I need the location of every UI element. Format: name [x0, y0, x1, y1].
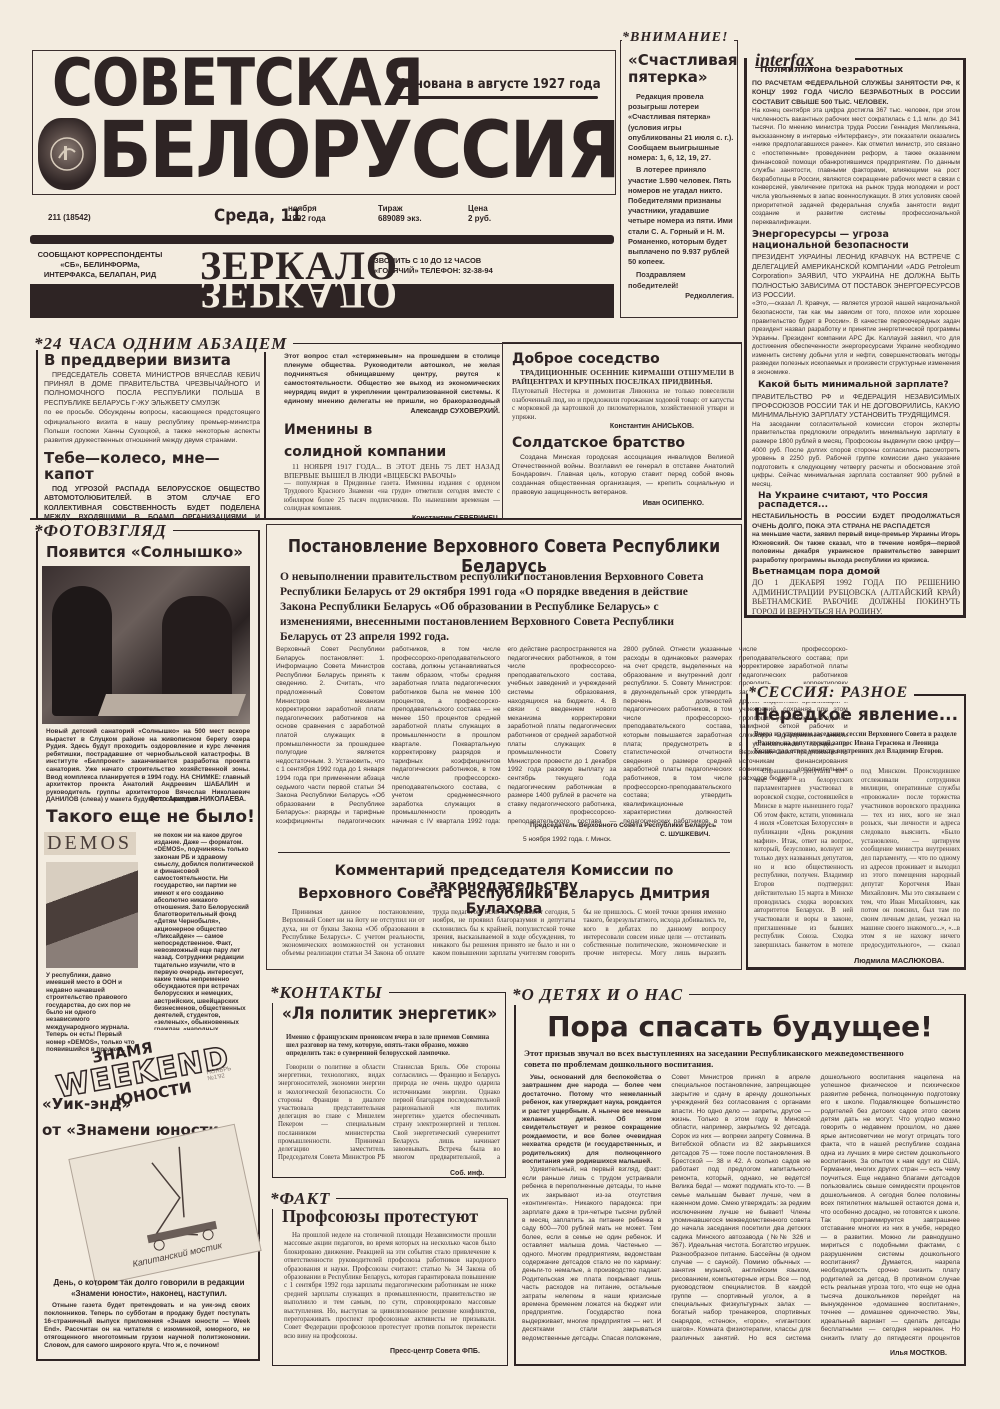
issue-number: 211 (18542)	[48, 213, 91, 222]
zerkalo-mirror-bar: ЗЕРКАЛО	[30, 284, 614, 318]
kommentariy-body: Принимая данное постановление, Верховный…	[282, 908, 726, 966]
photo-person-left	[52, 586, 112, 716]
founded-underline	[398, 96, 598, 99]
vnimanie-rubric: *ВНИМАНИЕ!	[622, 30, 734, 46]
issue-month: ноября	[288, 204, 317, 213]
interfax-article-4-body: на меньшие части, заявил первый вице-пре…	[752, 531, 960, 565]
postanovlenie-divider	[278, 852, 730, 853]
interfax-article-1-body: На конец сентября эта цифра достигла 367…	[752, 107, 960, 227]
article-imeniny-lead: 11 НОЯБРЯ 1917 ГОДА... В ЭТОТ ДЕНЬ 75 ЛЕ…	[284, 463, 500, 480]
zerkalo-title: ЗЕРКАЛО	[200, 246, 398, 286]
article-dobroe-body: Плутоватый Нестерка и домовитая Ливониха…	[512, 387, 734, 421]
founded-note: Основана в августе 1927 года	[398, 77, 601, 92]
photo-model	[98, 694, 246, 716]
deti-signature: Илья МОСТКОВ.	[890, 1350, 947, 1357]
interfax-article-3-lead: ПРАВИТЕЛЬСТВО РФ и ФЕДЕРАЦИЯ НЕЗАВИСИМЫХ…	[752, 393, 960, 421]
circulation-value: 689089 экз.	[378, 214, 422, 223]
zerkalo-sources: СООБЩАЮТ КОРРЕСПОНДЕНТЫ «СБ», БЕЛИНФОРМа…	[36, 250, 164, 280]
hours24-col1: В преддверии визита ПРЕДСЕДАТЕЛЬ СОВЕТА …	[44, 352, 260, 532]
sessiya-rubric: *СЕССИЯ: РАЗНОЕ	[748, 684, 914, 702]
hours24-left-border	[36, 350, 38, 520]
demos-left-text: У республики, давно имевшей место в ООН …	[46, 972, 138, 1053]
sessiya-lead: Вчера на утреннем заседании сессии Верхо…	[754, 731, 960, 757]
postanovlenie-signer-name: С. ШУШКЕВИЧ.	[660, 831, 710, 838]
article-dobroe-title: Доброе соседство	[512, 352, 734, 367]
article-soldat-body: Создана Минская городская ассоциация инв…	[512, 454, 734, 498]
interfax-article-2: Энергоресурсы — угроза национальной безо…	[752, 230, 960, 377]
sessiya-signature: Людмила МАСЛЮКОВА.	[854, 956, 944, 965]
postanovlenie-body: Верховный Совет Республики Беларусь пост…	[276, 646, 732, 830]
interfax-article-3-title: Какой быть минимальной зарплате?	[758, 381, 960, 391]
interfax-article-1: Полмиллиона безработных ПО РАСЧЕТАМ ФЕДЕ…	[752, 66, 960, 227]
price-label: Цена	[468, 204, 488, 213]
hours24-col2: Этот вопрос стал «стержневым» на прошедш…	[284, 352, 500, 518]
interfax-column: Полмиллиона безработных ПО РАСЧЕТАМ ФЕДЕ…	[752, 66, 960, 614]
interfax-article-5-title: Вьетнамцам пора домой	[752, 568, 960, 578]
hours24-col3: Доброе соседство ТРАДИЦИОННЫЕ ОСЕННИЕ КИ…	[512, 352, 734, 507]
postanovlenie-date: 5 ноября 1992 года. г. Минск.	[523, 836, 612, 843]
article-vizit-title: В преддверии визита	[44, 352, 260, 369]
interfax-article-4-title: На Украине считают, что Россия распадетс…	[758, 492, 960, 512]
article-koleso-title: Тебе—колесо, мне—капот	[44, 450, 260, 483]
kontakty-title: «Ля политик энергетик»	[282, 1004, 497, 1024]
vnimanie-signature: Редколлегия.	[628, 291, 734, 301]
photo-person-right	[162, 596, 232, 706]
weekend-subtitle: День, о котором так долго говорили в ред…	[46, 1277, 252, 1299]
kontakty-body: Говорили о политике в области энергетики…	[278, 1064, 500, 1170]
sessiya-body: Спрашивали депутаты вот о чем: кто из бе…	[754, 768, 960, 952]
fotovzglyad-credit: Фото Аркадия НИКОЛАЕВА.	[46, 796, 246, 803]
fakt-signature: Пресс-центр Совета ФПБ.	[390, 1348, 480, 1355]
vnimanie-p2: В лотерее приняло участие 1.590 человек.…	[628, 165, 734, 267]
circulation-label: Тираж	[378, 204, 403, 213]
interfax-article-5-lead: ДО 1 ДЕКАБРЯ 1992 ГОДА ПО РЕШЕНИЮ АДМИНИ…	[752, 578, 960, 614]
interfax-article-3-body: На заседании согласительной комиссии сто…	[752, 421, 960, 490]
interfax-article-1-title: Полмиллиона безработных	[760, 66, 960, 76]
zerkalo-hotline-phone: «ГОРЯЧИЙ» ТЕЛЕФОН: 32-38-94	[374, 266, 493, 275]
article-imeniny-signature: Константин СЕВЕРИНЕЦ.	[284, 515, 500, 518]
hours24-mid-border	[264, 352, 266, 518]
fotovzglyad-title: Появится «Солнышко»	[46, 544, 243, 561]
price-value: 2 руб.	[468, 214, 491, 223]
deti-intro: Увы, оснований для беспокойства о завтра…	[522, 1074, 661, 1166]
vnimanie-body: Редакция провела розыгрыш лотереи «Счаст…	[628, 92, 734, 301]
deti-rubric: *О ДЕТЯХ И О НАС	[512, 985, 689, 1005]
interfax-article-2-title: Энергоресурсы — угроза национальной безо…	[752, 230, 960, 251]
article-imeniny-title: Именины в солидной компании	[284, 419, 454, 463]
interfax-article-1-lead: ПО РАСЧЕТАМ ФЕДЕРАЛЬНОЙ СЛУЖБЫ ЗАНЯТОСТИ…	[752, 79, 960, 107]
interfax-article-5: Вьетнамцам пора домой ДО 1 ДЕКАБРЯ 1992 …	[752, 568, 960, 615]
postanovlenie-subtitle: О невыполнении правительством республики…	[280, 570, 720, 645]
article-dobroe-lead: ТРАДИЦИОННЫЕ ОСЕННИЕ КИРМАШИ ОТШУМЕЛИ В …	[512, 369, 734, 387]
article-koleso-body: Этот вопрос стал «стержневым» на прошедш…	[284, 352, 500, 406]
interfax-article-2-body: «Это,—сказал Л. Кравчук, — является угро…	[752, 300, 960, 377]
deti-title: Пора спасать будущее!	[514, 1012, 966, 1043]
article-imeniny-body: — популярная в Придвинье газета. Именины…	[284, 480, 500, 513]
solnyshko-photo	[42, 566, 250, 724]
masthead-title-line2: БЕЛОРУССИЯ	[98, 110, 619, 192]
interfax-article-3: Какой быть минимальной зарплате? ПРАВИТЕ…	[752, 381, 960, 490]
emblem-icon	[38, 118, 96, 190]
article-vizit-lead: ПРЕДСЕДАТЕЛЬ СОВЕТА МИНИСТРОВ ВЯЧЕСЛАВ К…	[44, 371, 260, 409]
interfax-article-4: На Украине считают, что Россия распадетс…	[752, 492, 960, 566]
deti-lead: Этот призыв звучал во всех выступлениях …	[524, 1048, 924, 1070]
article-koleso-signature: Александр СУХОВЕРХИЙ.	[284, 408, 500, 415]
weekend-body: Отныне газета будет претендовать и на уи…	[44, 1302, 250, 1350]
weekend-title-line1: «Уик-энд»	[42, 1096, 131, 1113]
demos-logo: DEMOS	[44, 832, 136, 855]
fotovzglyad-caption: Новый детский санаторий «Солнышко» на 50…	[46, 728, 250, 804]
sessiya-title: Нередкое явление...	[754, 706, 958, 725]
vnimanie-p3: Поздравляем победителей!	[628, 270, 734, 290]
demos-cover-photo	[46, 862, 138, 968]
interfax-article-4-lead: НЕСТАБИЛЬНОСТЬ В РОССИИ БУДЕТ ПРОДОЛЖАТЬ…	[752, 512, 960, 531]
kontakty-lead: Именно с французским прононсом вчера в з…	[286, 1034, 496, 1059]
postanovlenie-signer-title: Председатель Верховного Совета Республик…	[530, 822, 716, 829]
fakt-body: На прошлой неделе на столичной площади Н…	[284, 1232, 496, 1341]
zerkalo-hotline-hours: ЗВОНИТЬ С 10 ДО 12 ЧАСОВ	[374, 256, 481, 265]
issue-year: 1992 года	[288, 214, 326, 223]
deti-body-wrap: Увы, оснований для беспокойства о завтра…	[522, 1074, 960, 1348]
demos-title: Такого еще не было!	[46, 808, 255, 827]
interfax-article-2-lead: ПРЕЗИДЕНТ УКРАИНЫ ЛЕОНИД КРАВЧУК НА ВСТР…	[752, 253, 960, 300]
article-vizit-body: по ее просьбе. Обсуждены вопросы, касающ…	[44, 408, 260, 446]
article-soldat-signature: Иван ОСИПЕНКО.	[512, 500, 704, 507]
kontakty-signature: Соб. инф.	[450, 1170, 484, 1177]
demos-right-text: не похож ни на какое другое издание. Даж…	[154, 832, 254, 1030]
zerkalo-mirror-title: ЗЕРКАЛО	[200, 284, 398, 314]
vnimanie-p1: Редакция провела розыгрыш лотереи «Счаст…	[628, 92, 734, 163]
kontakty-rubric: *КОНТАКТЫ	[270, 983, 389, 1003]
article-soldat-title: Солдатское братство	[512, 436, 734, 451]
vnimanie-title: «Счастливая пятерка»	[628, 52, 732, 86]
article-dobroe-signature: Константин АНИСЬКОВ.	[512, 423, 694, 430]
fakt-title: Профсоюзы протестуют	[282, 1206, 478, 1227]
